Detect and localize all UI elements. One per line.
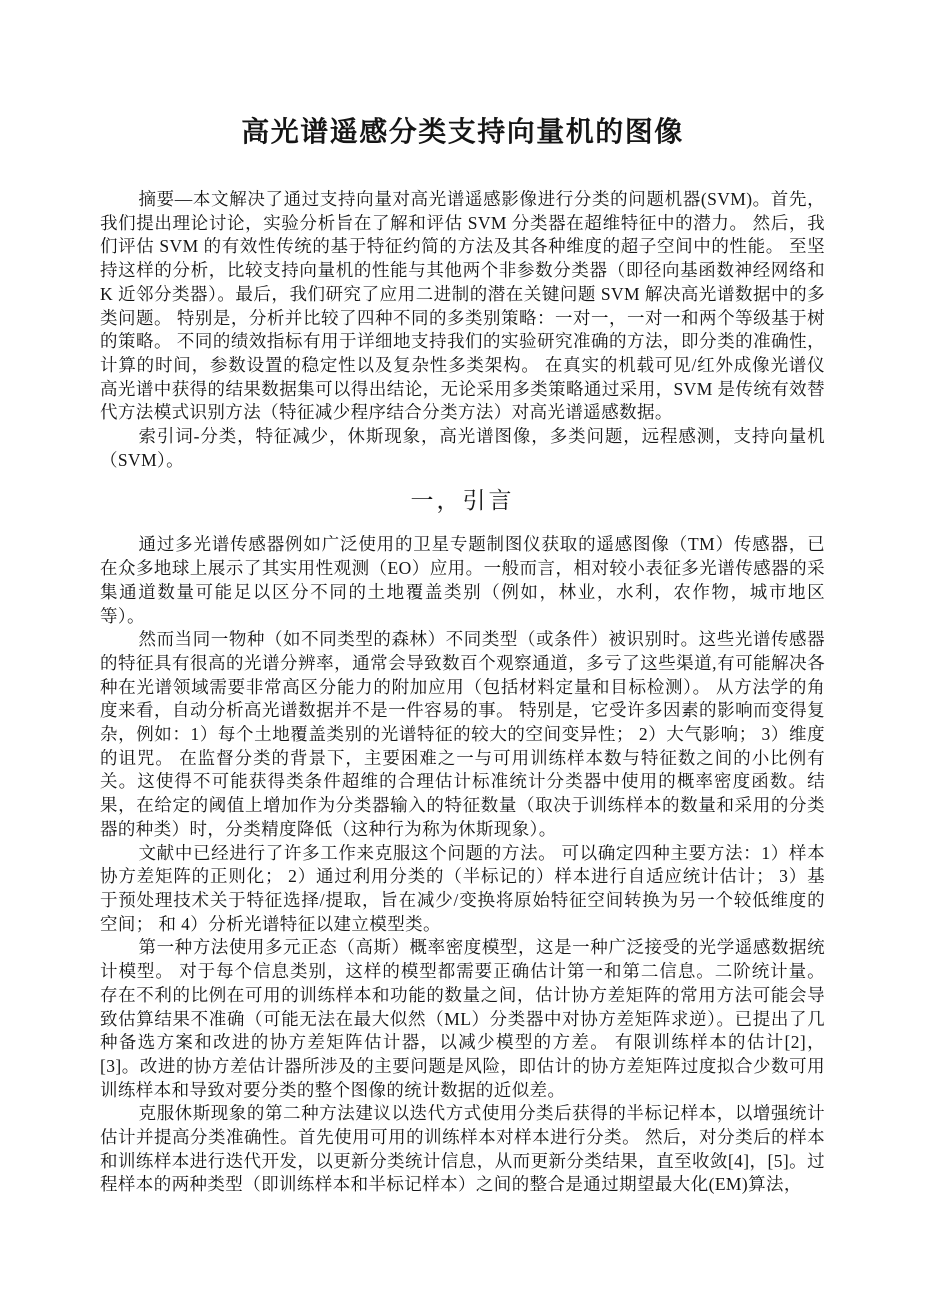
intro-paragraph-4: 第一种方法使用多元正态（高斯）概率密度模型，这是一种广泛接受的光学遥感数据统计模… bbox=[100, 936, 825, 1102]
page-title: 高光谱遥感分类支持向量机的图像 bbox=[100, 112, 825, 154]
section-heading-introduction: 一，引言 bbox=[100, 486, 825, 516]
intro-paragraph-5: 克服休斯现象的第二种方法建议以迭代方式使用分类后获得的半标记样本，以增强统计估计… bbox=[100, 1102, 825, 1197]
intro-paragraph-2: 然而当同一物种（如不同类型的森林）不同类型（或条件）被识别时。这些光谱传感器的特… bbox=[100, 628, 825, 841]
document-page: 高光谱遥感分类支持向量机的图像 摘要—本文解决了通过支持向量对高光谱遥感影像进行… bbox=[0, 0, 925, 1309]
index-terms-paragraph: 索引词-分类，特征减少，休斯现象，高光谱图像，多类问题，远程感测，支持向量机（S… bbox=[100, 425, 825, 472]
intro-paragraph-1: 通过多光谱传感器例如广泛使用的卫星专题制图仪获取的遥感图像（TM）传感器，已在众… bbox=[100, 533, 825, 628]
intro-paragraph-3: 文献中已经进行了许多工作来克服这个问题的方法。 可以确定四种主要方法：1）样本协… bbox=[100, 842, 825, 937]
abstract-paragraph: 摘要—本文解决了通过支持向量对高光谱遥感影像进行分类的问题机器(SVM)。首先，… bbox=[100, 188, 825, 425]
